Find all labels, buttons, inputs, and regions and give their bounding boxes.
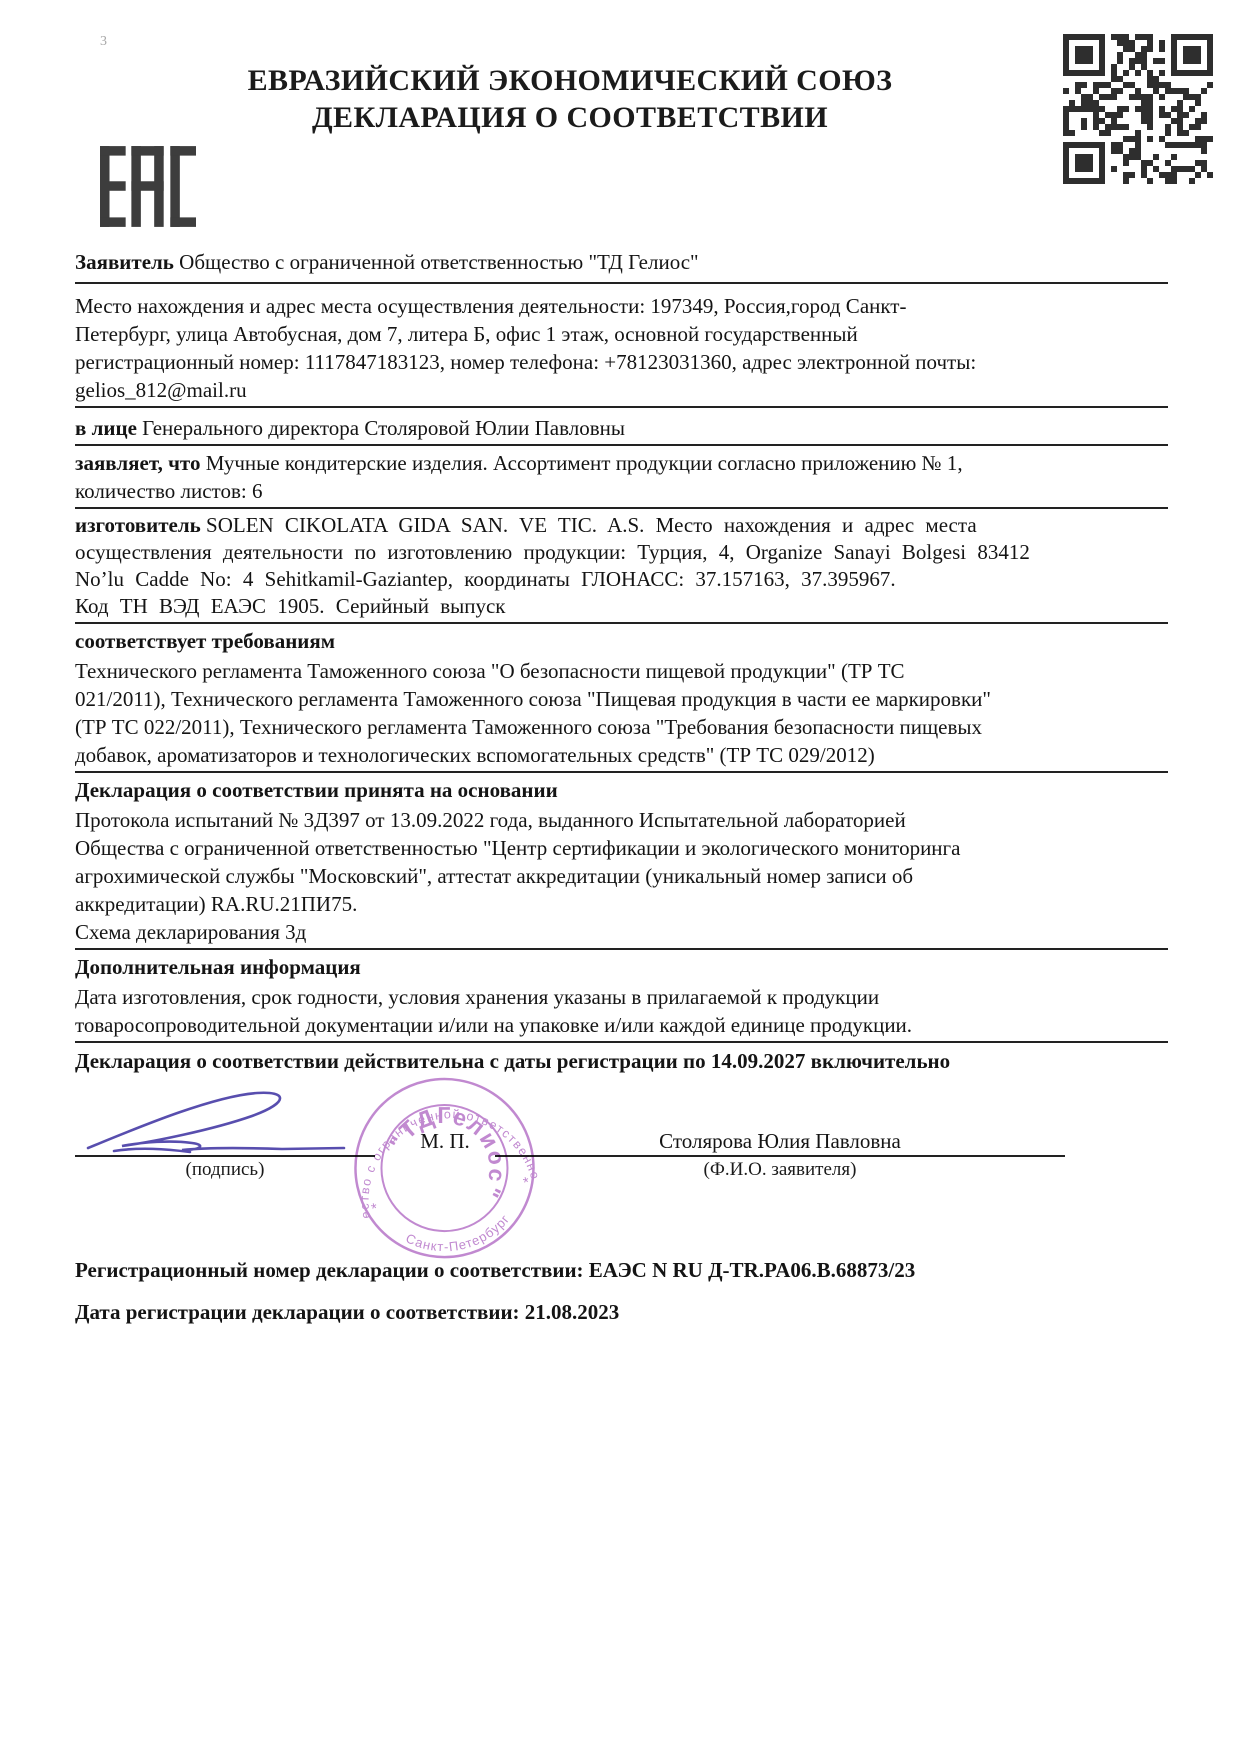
- section-representative: в лице Генерального директора Столяровой…: [75, 408, 1168, 446]
- doc-title: ЕВРАЗИЙСКИЙ ЭКОНОМИЧЕСКИЙ СОЮЗ: [75, 62, 1065, 99]
- qr-code-icon: [1063, 34, 1213, 184]
- registration-date-line: Дата регистрации декларации о соответств…: [75, 1297, 1168, 1327]
- section-address: Место нахождения и адрес места осуществл…: [75, 284, 1168, 408]
- round-seal-icon: Общество с ограниченной ответственностью…: [326, 1049, 563, 1286]
- declares-value: Мучные кондитерские изделия. Ассортимент…: [75, 451, 963, 503]
- basis-scheme: Схема декларирования 3д: [75, 918, 1168, 946]
- address-text: Место нахождения и адрес места осуществл…: [75, 292, 1168, 404]
- conformity-heading: соответствует требованиям: [75, 627, 1168, 655]
- section-applicant: Заявитель Общество с ограниченной ответс…: [75, 245, 1168, 284]
- representative-label: в лице: [75, 416, 137, 440]
- applicant-label: Заявитель: [75, 250, 174, 274]
- section-manufacturer: изготовитель SOLEN CIKOLATA GIDA SAN. VE…: [75, 509, 1168, 624]
- declares-label: заявляет, что: [75, 451, 200, 475]
- registration-number-line: Регистрационный номер декларации о соотв…: [75, 1255, 1168, 1285]
- additional-heading: Дополнительная информация: [75, 953, 1168, 981]
- applicant-name: Столярова Юлия Павловна: [495, 1127, 1065, 1157]
- stamp-inner-text: "ТДГелиос": [378, 1089, 519, 1224]
- declaration-body: Заявитель Общество с ограниченной ответс…: [75, 245, 1168, 1327]
- manufacturer-value: SOLEN CIKOLATA GIDA SAN. VE TIC. A.S. Ме…: [75, 513, 1030, 618]
- basis-body: Протокола испытаний № 3Д397 от 13.09.202…: [75, 806, 1168, 918]
- name-caption: (Ф.И.О. заявителя): [495, 1157, 1065, 1183]
- scan-artifact: 3: [100, 34, 107, 50]
- document-title-block: ЕВРАЗИЙСКИЙ ЭКОНОМИЧЕСКИЙ СОЮЗ ДЕКЛАРАЦИ…: [75, 62, 1065, 136]
- declaration-page: 3 ЕВРАЗИЙСКИЙ ЭКОНОМИЧЕСКИЙ СОЮЗ ДЕКЛАРА…: [0, 0, 1240, 1754]
- qr-code: [1063, 34, 1213, 189]
- section-basis: Декларация о соответствии принята на осн…: [75, 773, 1168, 950]
- section-additional-info: Дополнительная информация Дата изготовле…: [75, 950, 1168, 1043]
- section-declaration-subject: заявляет, что Мучные кондитерские издели…: [75, 446, 1168, 509]
- representative-value: Генерального директора Столяровой Юлии П…: [142, 416, 625, 440]
- conformity-body: Технического регламента Таможенного союз…: [75, 657, 1168, 769]
- section-validity: Декларация о соответствии действительна …: [75, 1043, 1168, 1075]
- doc-subtitle: ДЕКЛАРАЦИЯ О СООТВЕТСТВИИ: [75, 99, 1065, 136]
- section-conformity: соответствует требованиям Технического р…: [75, 624, 1168, 773]
- eac-logo: [100, 146, 196, 232]
- validity-statement: Декларация о соответствии действительна …: [75, 1047, 1168, 1075]
- manufacturer-label: изготовитель: [75, 513, 201, 537]
- company-stamp: Общество с ограниченной ответственностью…: [326, 1049, 564, 1291]
- applicant-value: Общество с ограниченной ответственностью…: [179, 250, 698, 274]
- additional-body: Дата изготовления, срок годности, услови…: [75, 983, 1168, 1039]
- basis-heading: Декларация о соответствии принята на осн…: [75, 776, 1168, 804]
- eac-mark-icon: [100, 146, 196, 227]
- applicant-name-cell: Столярова Юлия Павловна (Ф.И.О. заявител…: [495, 1127, 1065, 1183]
